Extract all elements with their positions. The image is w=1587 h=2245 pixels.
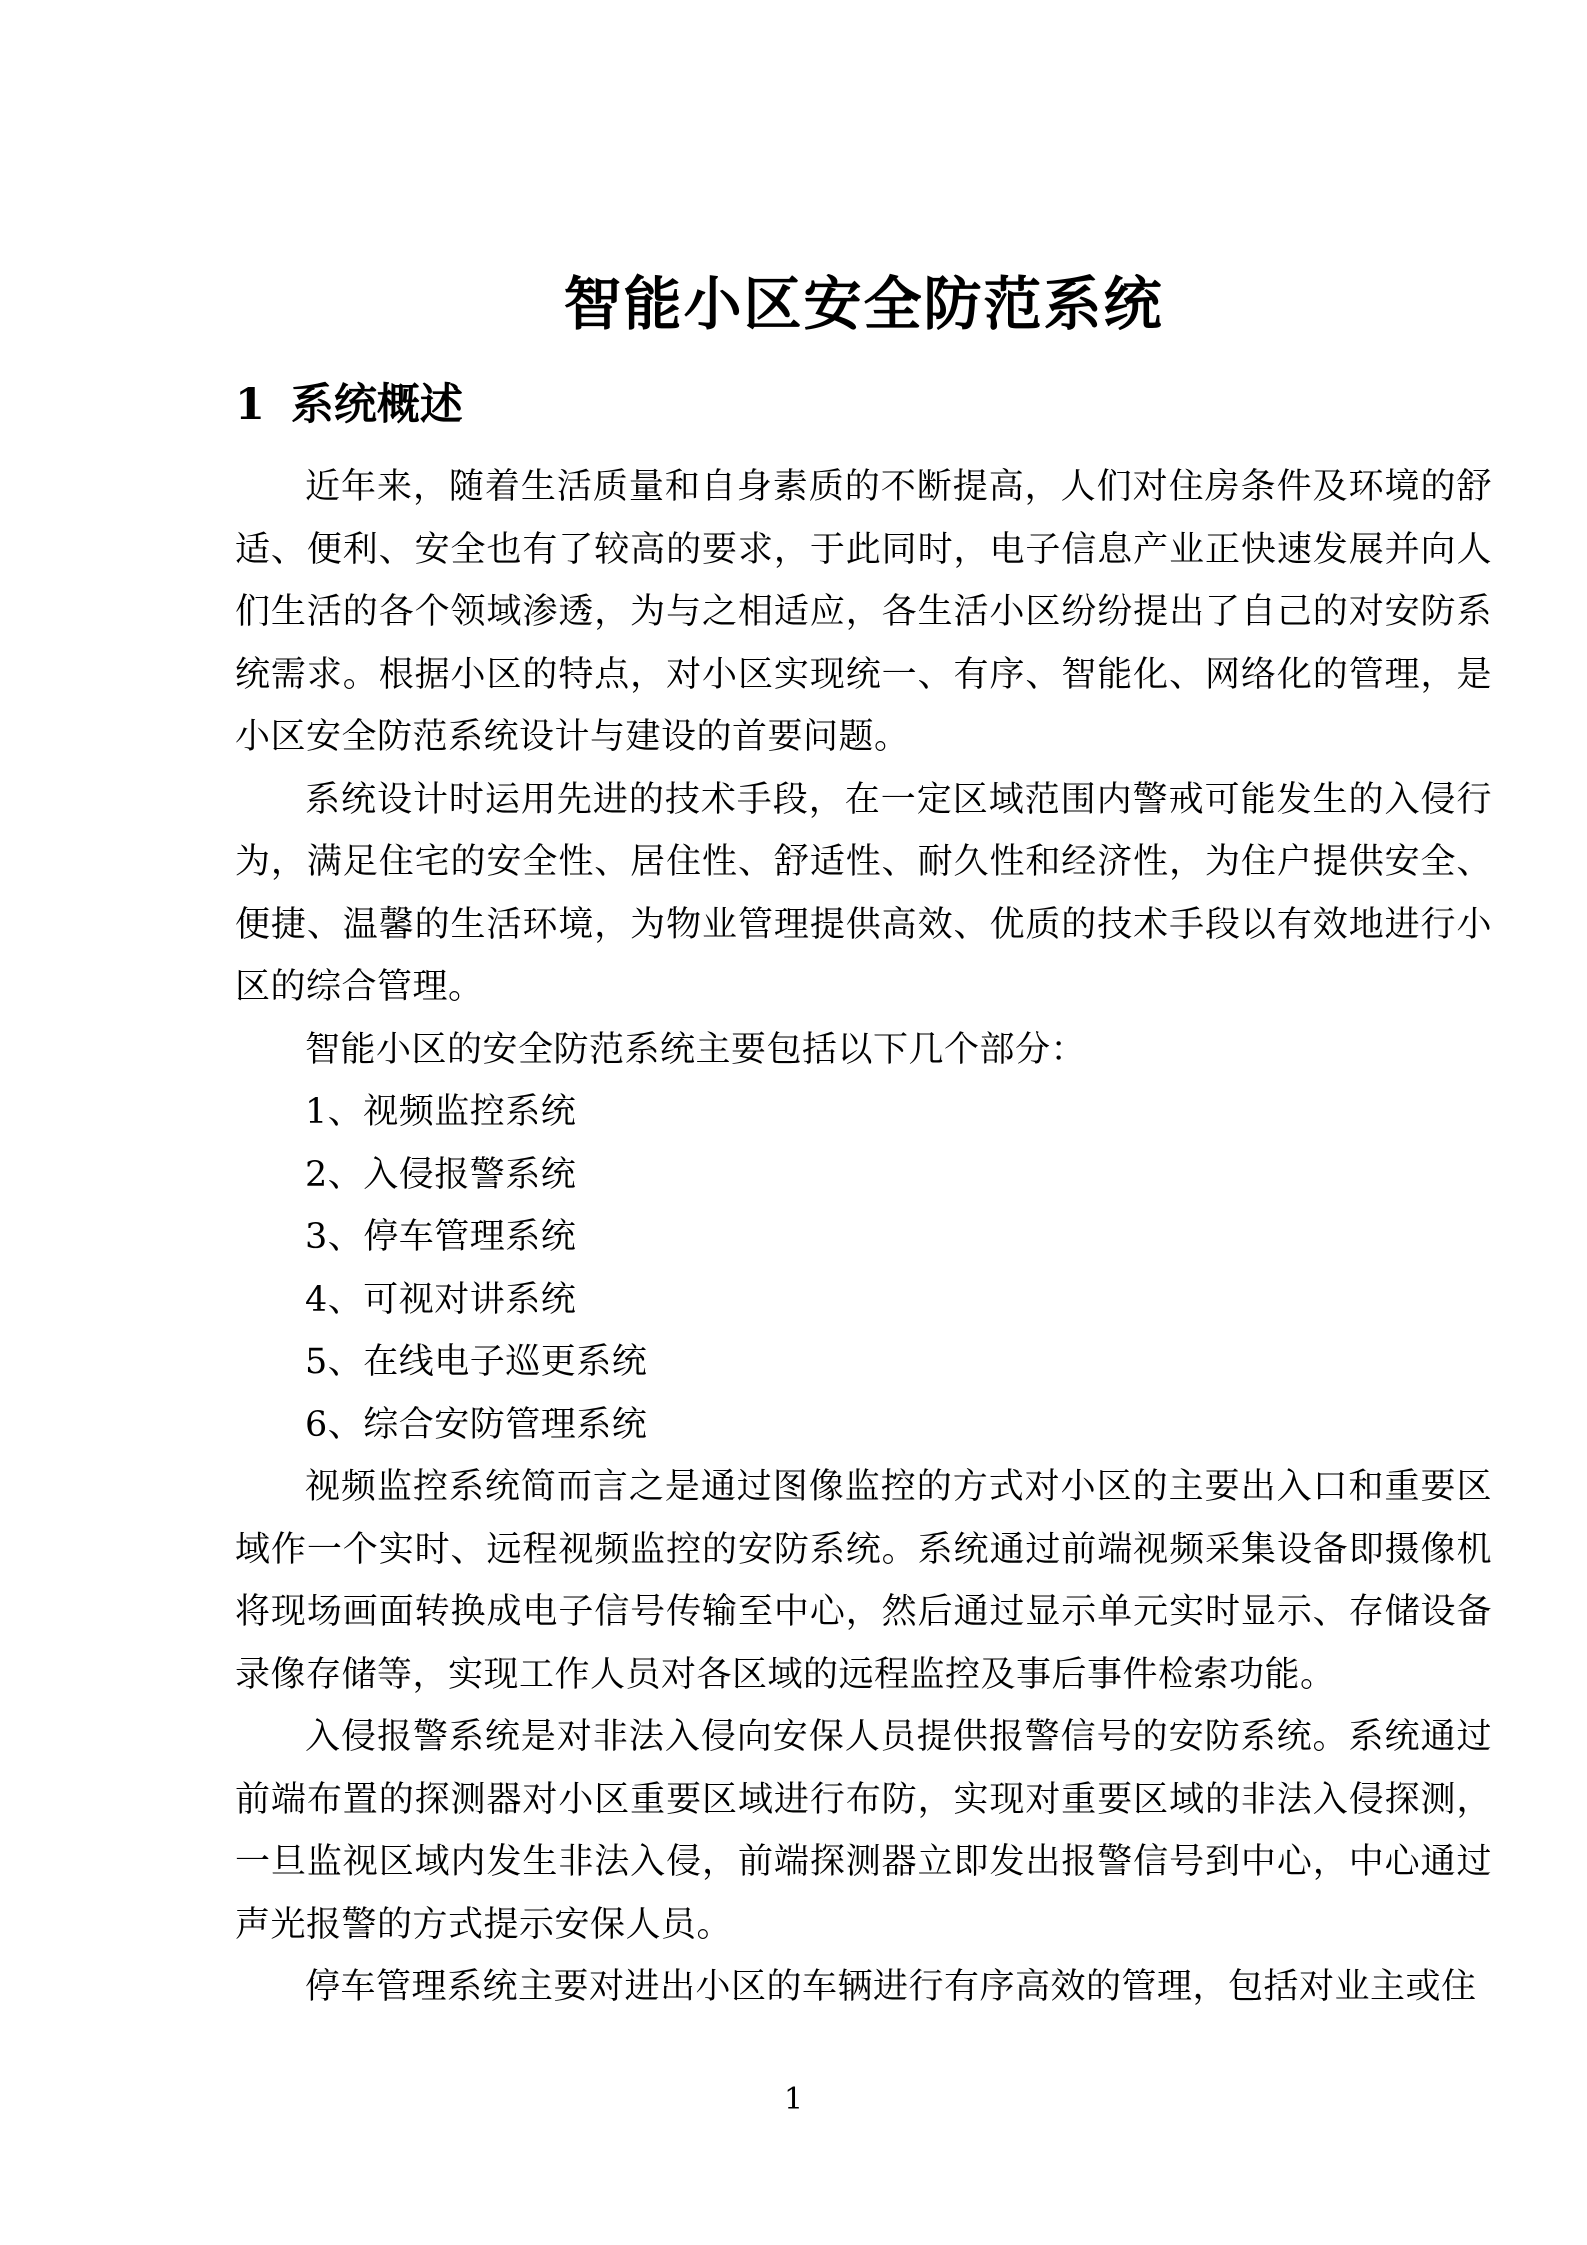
- list-item-electronic-patrol: 5、在线电子巡更系统: [235, 1331, 1492, 1394]
- paragraph-intrusion-alarm: 入侵报警系统是对非法入侵向安保人员提供报警信号的安防系统。系统通过前端布置的探测…: [235, 1706, 1492, 1956]
- list-item-parking-management: 3、停车管理系统: [235, 1206, 1492, 1269]
- list-item-video-intercom: 4、可视对讲系统: [235, 1269, 1492, 1332]
- paragraph-overview-2: 系统设计时运用先进的技术手段，在一定区域范围内警戒可能发生的入侵行为，满足住宅的…: [235, 769, 1492, 1019]
- paragraph-overview-1: 近年来，随着生活质量和自身素质的不断提高，人们对住房条件及环境的舒适、便利、安全…: [235, 456, 1492, 769]
- list-item-intrusion-alarm: 2、入侵报警系统: [235, 1144, 1492, 1207]
- page-number: 1: [0, 2083, 1587, 2117]
- list-item-integrated-security: 6、综合安防管理系统: [235, 1394, 1492, 1457]
- paragraph-list-lead-in: 智能小区的安全防范系统主要包括以下几个部分：: [235, 1019, 1492, 1082]
- page-content: 智能小区安全防范系统 1系统概述 近年来，随着生活质量和自身素质的不断提高，人们…: [235, 0, 1492, 2019]
- section-number: 1: [235, 376, 265, 434]
- body-text: 近年来，随着生活质量和自身素质的不断提高，人们对住房条件及环境的舒适、便利、安全…: [235, 456, 1492, 2019]
- list-item-video-surveillance: 1、视频监控系统: [235, 1081, 1492, 1144]
- paragraph-parking-truncated: 停车管理系统主要对进出小区的车辆进行有序高效的管理，包括对业主或住: [235, 1956, 1492, 2019]
- section-title: 系统概述: [291, 380, 463, 430]
- document-page: 智能小区安全防范系统 1系统概述 近年来，随着生活质量和自身素质的不断提高，人们…: [0, 0, 1587, 2245]
- paragraph-video-surveillance: 视频监控系统简而言之是通过图像监控的方式对小区的主要出入口和重要区域作一个实时、…: [235, 1456, 1492, 1706]
- document-title: 智能小区安全防范系统: [235, 0, 1492, 340]
- section-heading: 1系统概述: [235, 376, 1492, 434]
